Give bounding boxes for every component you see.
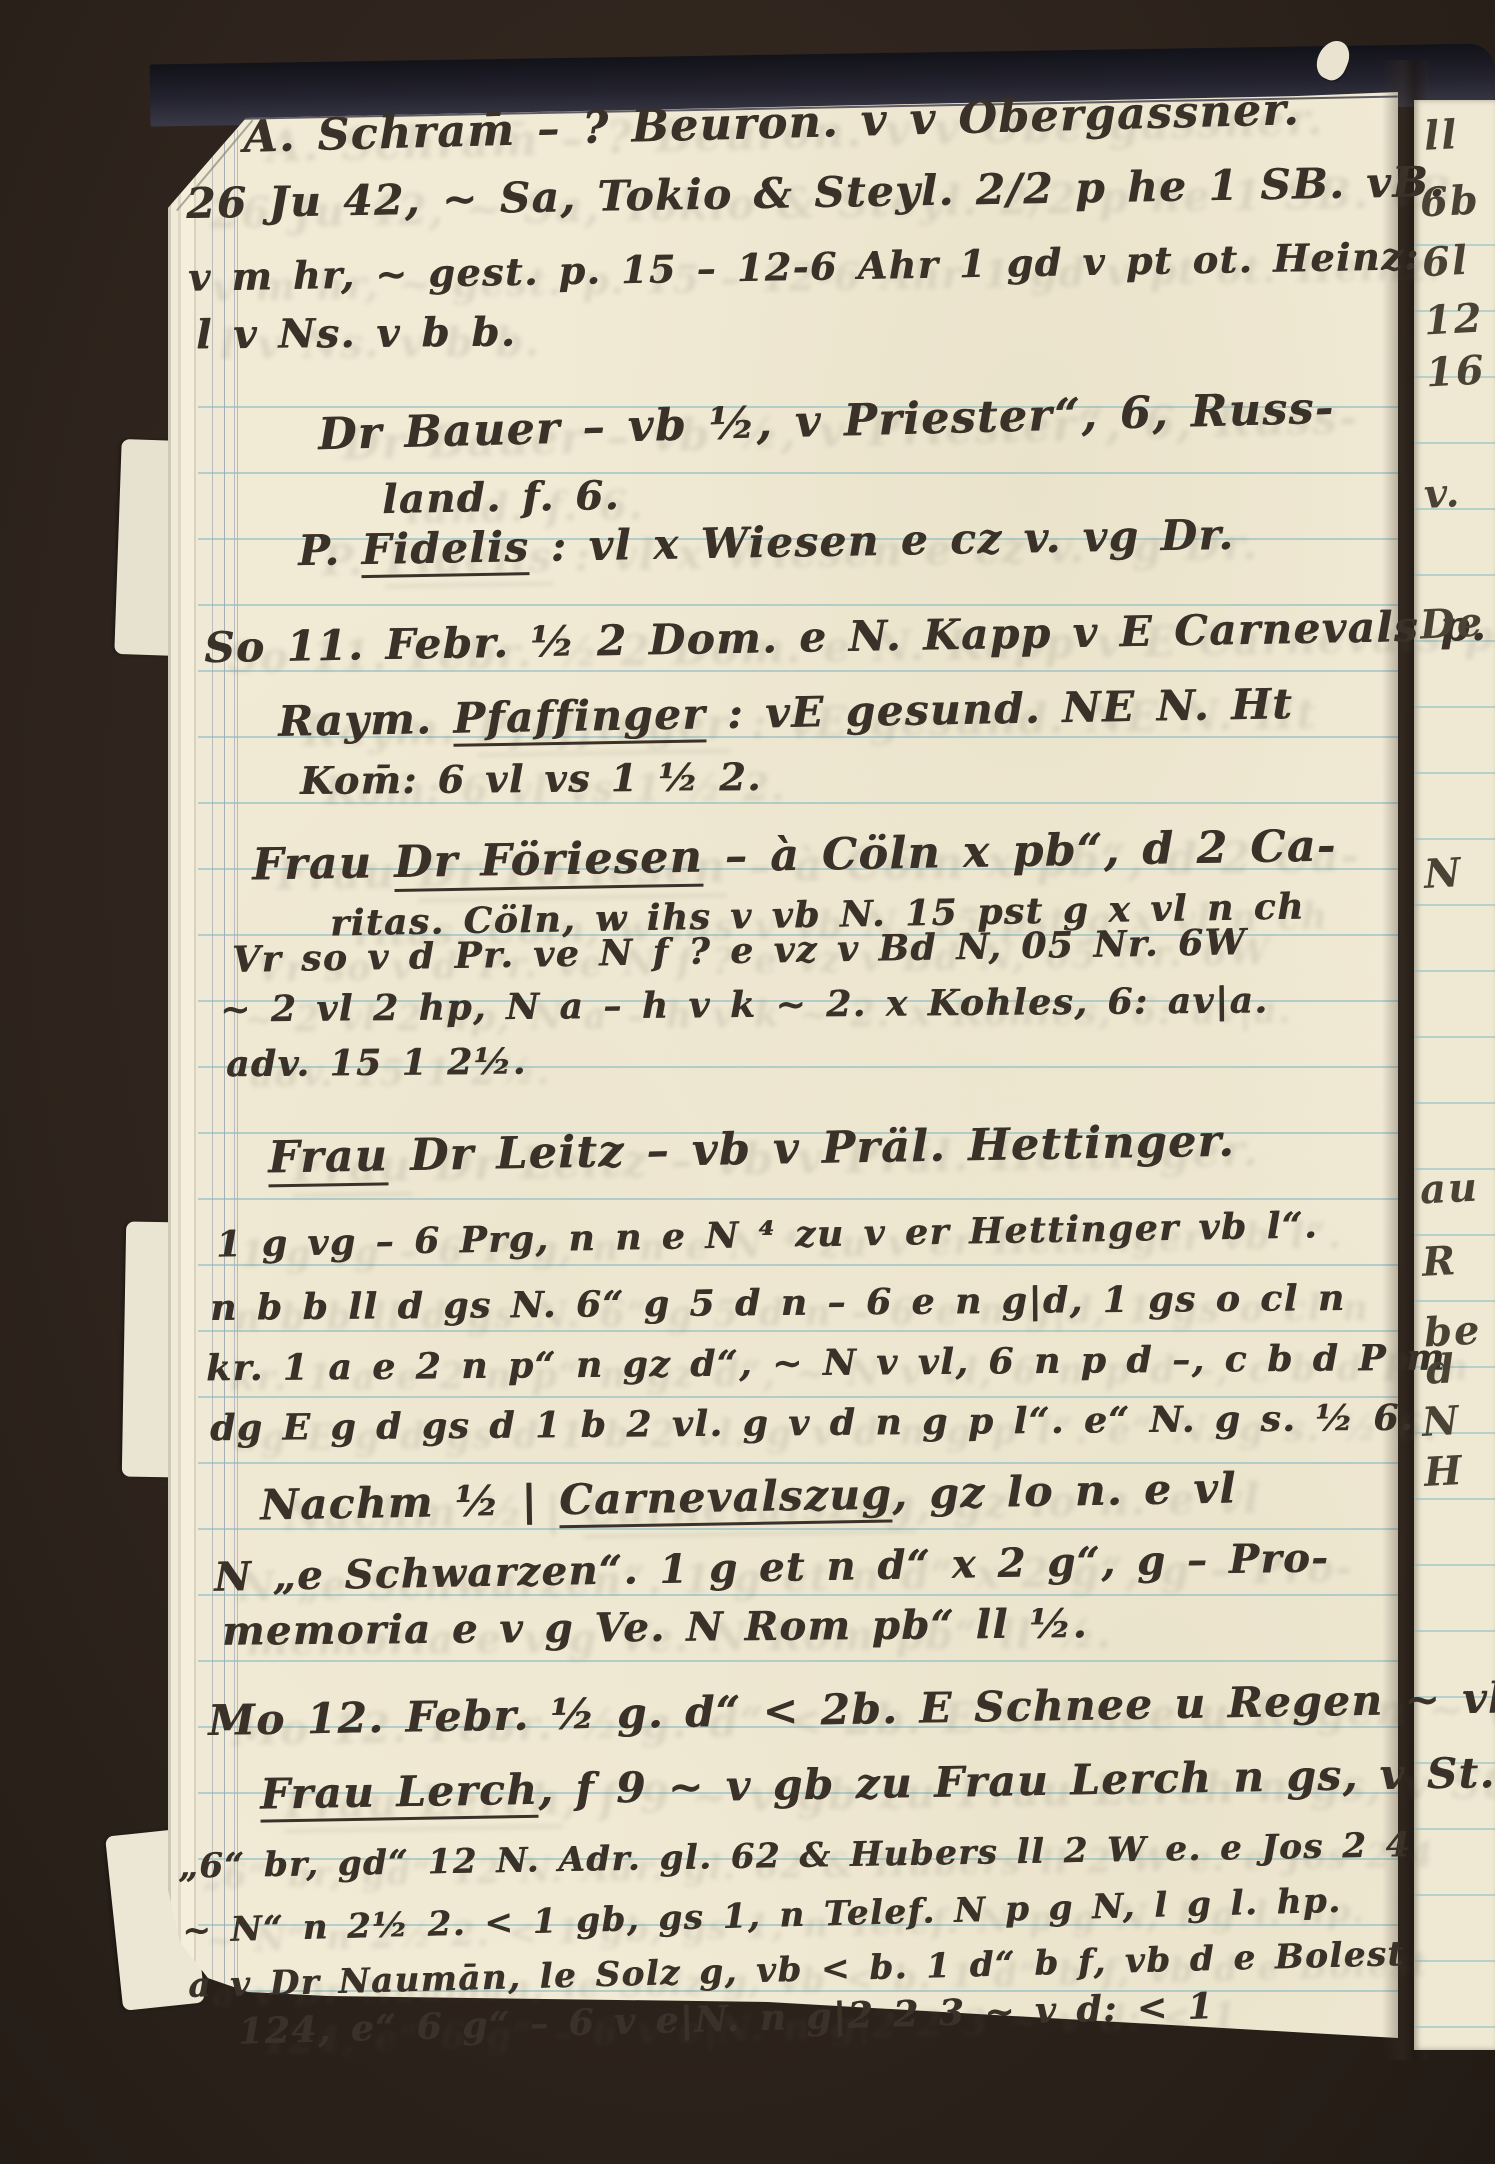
ruled-lines [198, 342, 1398, 2028]
facing-page-sliver [1414, 100, 1495, 2050]
notebook-page [168, 90, 1398, 2042]
scanned-notebook-photo: A. Schram̄ – ? Beuron. v v Obergassner.A… [0, 0, 1495, 2164]
facing-ruled-lines [1414, 180, 1495, 2036]
